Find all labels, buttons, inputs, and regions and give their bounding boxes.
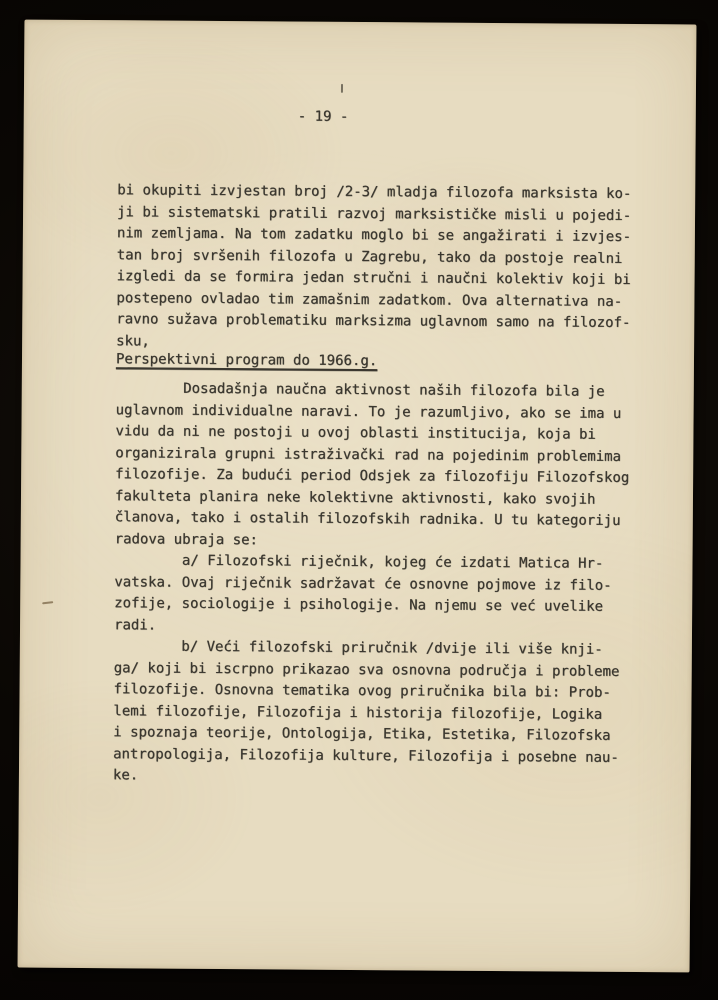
paper-page: - 19 - bi okupiti izvjestan broj /2-3/ m…	[18, 20, 697, 973]
list-item-b: b/ Veći filozofski priručnik /dvije ili …	[113, 636, 628, 790]
text-line: ke.	[113, 765, 627, 790]
text-line: bi okupiti izvjestan broj /2-3/ mladja f…	[117, 180, 631, 205]
section-body: Dosadašnja naučna aktivnost naših filozo…	[113, 378, 630, 790]
text-line: b/ Veći filozofski priručnik /dvije ili …	[114, 636, 628, 661]
text-line: izgledi da se formira jedan stručni i na…	[117, 266, 631, 291]
text-line: Dosadašnja naučna aktivnost naših filozo…	[116, 378, 630, 403]
continuation-paragraph: bi okupiti izvjestan broj /2-3/ mladja f…	[116, 180, 631, 356]
text-line: ravno sužava problematiku marksizma ugla…	[116, 309, 630, 334]
text-line: zofije, sociologije i psihologije. Na nj…	[114, 593, 628, 618]
text-line: i spoznaja teorije, Ontologija, Etika, E…	[113, 722, 627, 747]
intro-paragraph: Dosadašnja naučna aktivnost naših filozo…	[115, 378, 630, 554]
text-line: članova, tako i ostalih filozofskih radn…	[115, 507, 629, 532]
text-line: nim zemljama. Na tom zadatku moglo bi se…	[117, 223, 631, 248]
pencil-mark	[42, 601, 53, 604]
text-line: a/ Filozofski riječnik, kojeg će izdati …	[114, 550, 628, 575]
text-line: vidu da ni ne postoji u ovoj oblasti ins…	[115, 421, 629, 446]
section-heading: Perspektivni program do 1966.g.	[116, 351, 377, 369]
text-line: filozofije. Osnovna tematika ovog priruč…	[113, 679, 627, 704]
page-number: - 19 -	[298, 109, 349, 125]
ink-speck	[341, 84, 343, 93]
scanned-document: - 19 - bi okupiti izvjestan broj /2-3/ m…	[0, 0, 718, 1000]
text-line: filozofije. Za budući period Odsjek za f…	[115, 464, 629, 489]
text-line: antropologija, Filozofija kulture, Filoz…	[113, 744, 627, 769]
list-item-a: a/ Filozofski riječnik, kojeg će izdati …	[114, 550, 629, 640]
